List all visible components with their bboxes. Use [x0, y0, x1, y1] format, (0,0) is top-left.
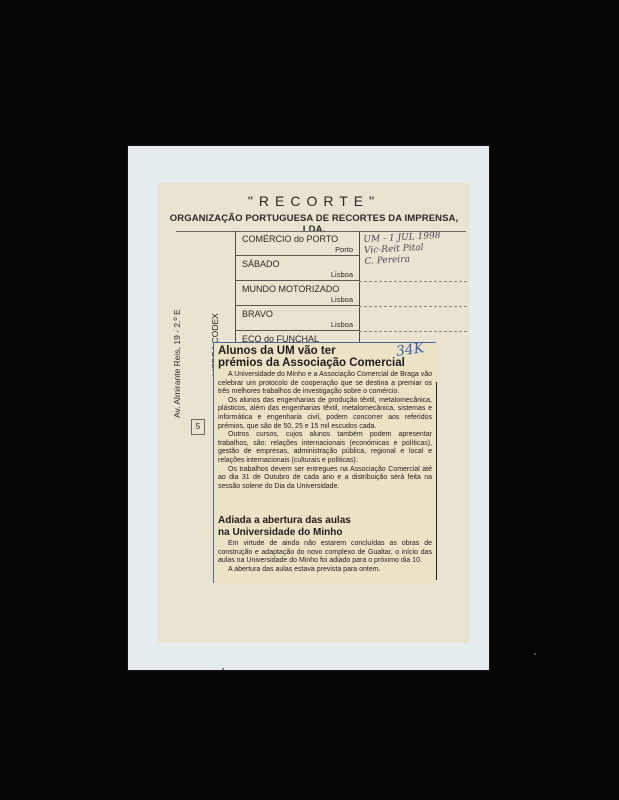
notes-rule: [359, 281, 467, 282]
address-street: Av. Almirante Reis, 19 - 2.º E: [172, 309, 182, 418]
paragraph: Em virtude de ainda não estarem concluíd…: [218, 540, 432, 566]
headline-line: Alunos da UM vão ter: [218, 345, 405, 357]
headline-line: na Universidade do Minho: [218, 527, 432, 539]
publication-name: SÁBADO: [242, 259, 280, 269]
article2-headline: Adiada a abertura das aulas na Universid…: [218, 515, 432, 538]
publication-city: Porto: [335, 245, 353, 254]
form-title: "RECORTE": [158, 193, 470, 209]
publication-name: COMÉRCIO do PORTO: [242, 234, 338, 244]
handwritten-note: UM - 1 JUL 1998 Vic-Reit Pital C. Pereir…: [363, 231, 442, 268]
notes-rule: [359, 306, 467, 307]
paragraph: A Universidade do Minho e a Associação C…: [218, 371, 432, 397]
headline-line: Adiada a abertura das aulas: [218, 515, 432, 527]
page-number-box: 5: [191, 419, 205, 435]
publication-row: COMÉRCIO do PORTO Porto: [235, 231, 359, 256]
paragraph: Os alunos das engenharias de produção tê…: [218, 397, 432, 431]
article2-body: Em virtude de ainda não estarem concluíd…: [218, 540, 432, 574]
article1-headline: Alunos da UM vão ter prémios da Associaç…: [218, 345, 405, 369]
paragraph: Outros cursos, cujos alunos também podem…: [218, 431, 432, 465]
publication-name: BRAVO: [242, 309, 273, 319]
publication-name: MUNDO MOTORIZADO: [242, 284, 339, 294]
paragraph: Os trabalhos devem ser entregues na Asso…: [218, 466, 432, 492]
publication-row: SÁBADO Lisboa: [235, 256, 359, 281]
publication-city: Lisboa: [331, 295, 353, 304]
newspaper-clipping: Alunos da UM vão ter prémios da Associaç…: [213, 342, 436, 583]
notes-rule: [359, 331, 467, 332]
publication-city: Lisboa: [331, 270, 353, 279]
column-divider-mid: [359, 231, 360, 351]
article1-body: A Universidade do Minho e a Associação C…: [218, 371, 432, 491]
publication-row: MUNDO MOTORIZADO Lisboa: [235, 281, 359, 306]
dust-speck: [222, 668, 224, 670]
publication-row: BRAVO Lisboa: [235, 306, 359, 331]
headline-line: prémios da Associação Comercial: [218, 357, 405, 369]
paragraph: A abertura das aulas estava prevista par…: [218, 566, 432, 575]
dust-speck: [534, 653, 536, 655]
clipping-edge-rule: [436, 382, 437, 580]
publication-city: Lisboa: [331, 320, 353, 329]
